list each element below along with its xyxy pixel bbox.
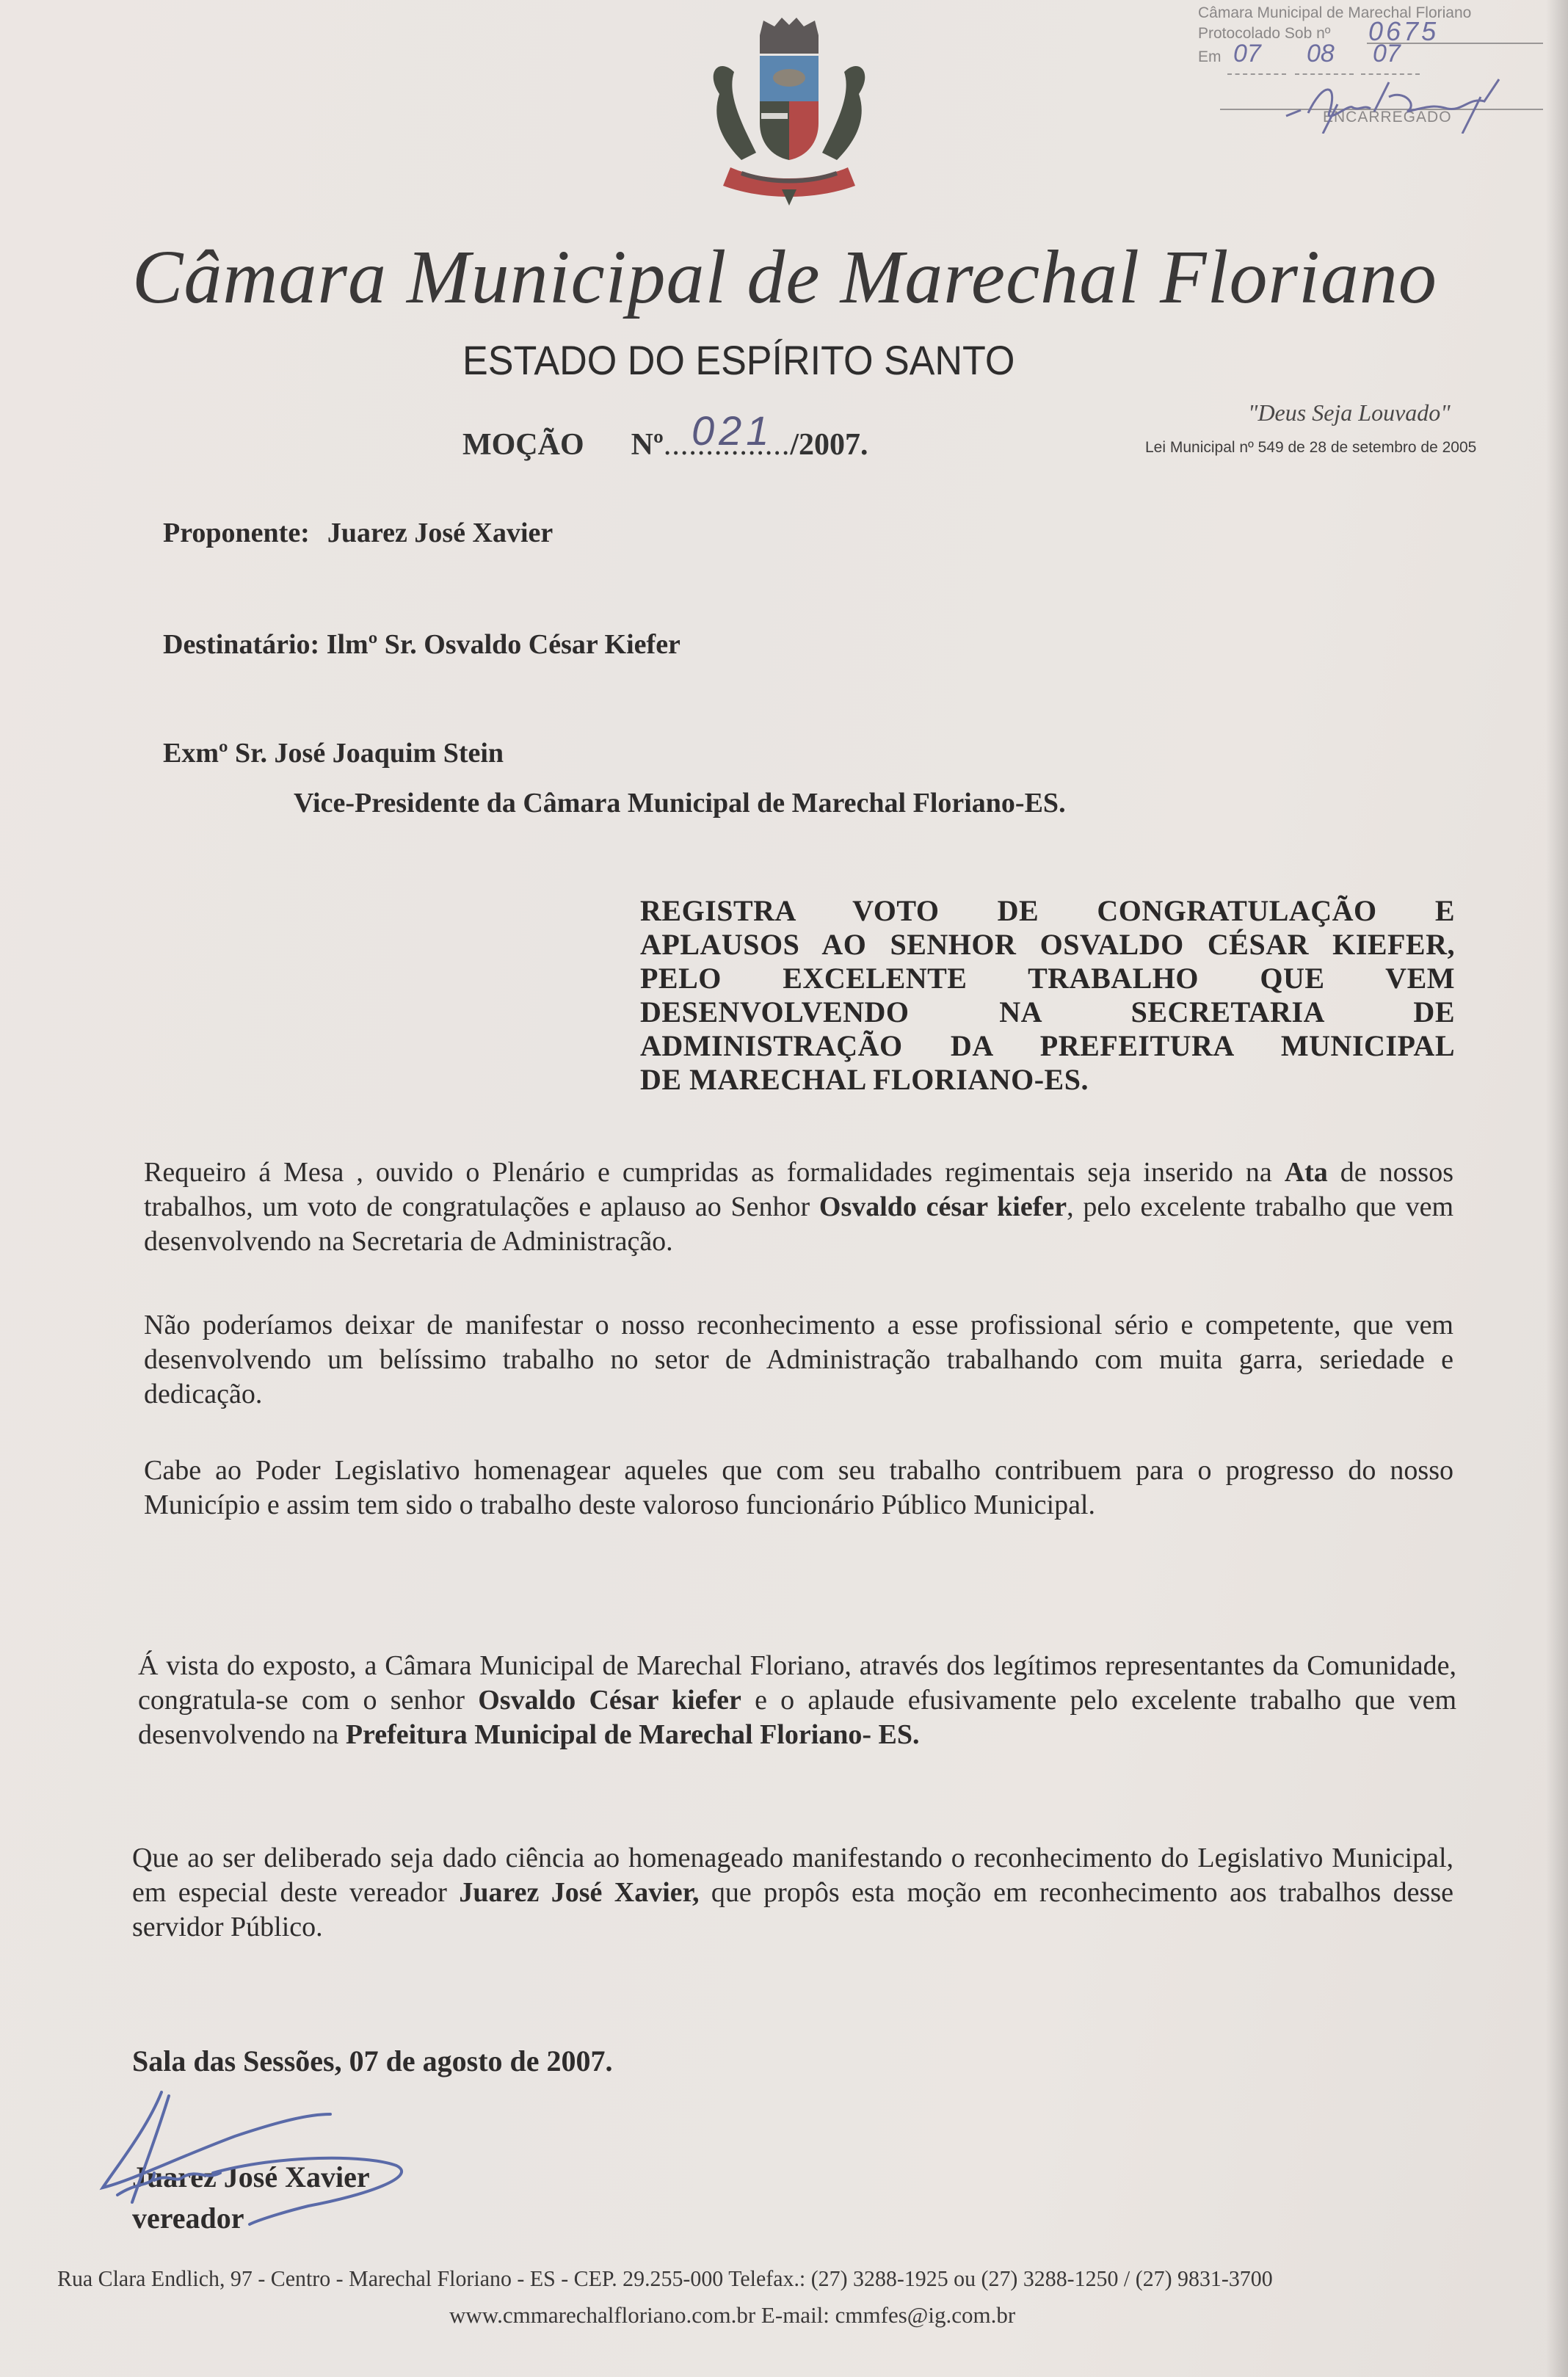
stamp-date-year: 07 <box>1373 40 1401 68</box>
coat-of-arms-icon <box>690 13 888 211</box>
vice-president-line: Vice-Presidente da Câmara Municipal de M… <box>294 787 1066 819</box>
institution-name: Câmara Municipal de Marechal Floriano <box>132 233 1453 321</box>
motto: "Deus Seja Louvado" <box>1248 399 1451 427</box>
motion-number-handwritten: 021 <box>692 407 773 454</box>
proponente-value: Juarez José Xavier <box>327 518 553 548</box>
bold-run: Prefeitura Municipal de Marechal Florian… <box>346 1719 920 1750</box>
footer-address: Rua Clara Endlich, 97 - Centro - Marecha… <box>57 2265 1273 2292</box>
ementa-line: APLAUSOS AO SENHOR OSVALDO CÉSAR KIEFER, <box>640 928 1455 962</box>
motion-label: MOÇÃO <box>462 428 584 462</box>
destinatario-field: Destinatário: Ilmº Sr. Osvaldo César Kie… <box>163 628 680 661</box>
body-paragraph-5: Que ao ser deliberado seja dado ciência … <box>132 1841 1453 1945</box>
ementa-block: REGISTRA VOTO DE CONGRATULAÇÃO E APLAUSO… <box>640 894 1455 1097</box>
state-name: ESTADO DO ESPÍRITO SANTO <box>462 336 1015 384</box>
body-paragraph-1: Requeiro á Mesa , ouvido o Plenário e cu… <box>144 1155 1453 1259</box>
bold-run: Juarez José Xavier, <box>459 1877 699 1908</box>
document-page: Câmara Municipal de Marechal Floriano Pr… <box>0 0 1568 2377</box>
motion-number-label: Nº <box>631 428 664 462</box>
ementa-line: REGISTRA VOTO DE CONGRATULAÇÃO E <box>640 894 1455 928</box>
body-paragraph-2: Não poderíamos deixar de manifestar o no… <box>144 1308 1453 1412</box>
ementa-line: ADMINISTRAÇÃO DA PREFEITURA MUNICIPAL <box>640 1029 1455 1063</box>
signature-icon <box>88 2085 499 2232</box>
bold-run: Osvaldo César kiefer <box>478 1685 741 1716</box>
proponente-label: Proponente: <box>163 518 310 548</box>
stamp-date-month: 08 <box>1307 40 1335 68</box>
body-paragraph-3: Cabe ao Poder Legislativo homenagear aqu… <box>144 1454 1453 1523</box>
proponente-field: Proponente:Juarez José Xavier <box>163 517 553 549</box>
ementa-line: PELO EXCELENTE TRABALHO QUE VEM <box>640 962 1455 995</box>
destinatario-label: Destinatário: <box>163 629 319 660</box>
footer-web-email: www.cmmarechalfloriano.com.br E-mail: cm… <box>449 2302 1015 2329</box>
stamp-signature-icon <box>1279 75 1543 134</box>
bold-run: Osvaldo césar kiefer <box>819 1191 1067 1222</box>
ementa-line: DE MARECHAL FLORIANO-ES. <box>640 1063 1455 1097</box>
protocol-stamp: Câmara Municipal de Marechal Floriano Pr… <box>1198 1 1550 134</box>
text-run: Requeiro á Mesa , ouvido o Plenário e cu… <box>144 1157 1285 1188</box>
municipal-law: Lei Municipal nº 549 de 28 de setembro d… <box>1145 439 1476 457</box>
ementa-line: DESENVOLVENDO NA SECRETARIA DE <box>640 995 1455 1029</box>
stamp-date-underline <box>1227 73 1286 75</box>
body-paragraph-4: Á vista do exposto, a Câmara Municipal d… <box>138 1649 1456 1752</box>
place-date: Sala das Sessões, 07 de agosto de 2007. <box>132 2044 613 2078</box>
exm-line: Exmº Sr. José Joaquim Stein <box>163 737 504 769</box>
stamp-date-day: 07 <box>1233 40 1261 68</box>
stamp-date-label: Em <box>1198 48 1222 66</box>
paragraph-text: Cabe ao Poder Legislativo homenagear aqu… <box>144 1454 1453 1523</box>
bold-run: Ata <box>1285 1157 1328 1188</box>
paragraph-text: Não poderíamos deixar de manifestar o no… <box>144 1308 1453 1412</box>
motion-year: /2007. <box>790 428 868 462</box>
destinatario-value: Ilmº Sr. Osvaldo César Kiefer <box>327 629 680 660</box>
motion-title: MOÇÃONº.............../2007. 021 <box>462 427 868 462</box>
